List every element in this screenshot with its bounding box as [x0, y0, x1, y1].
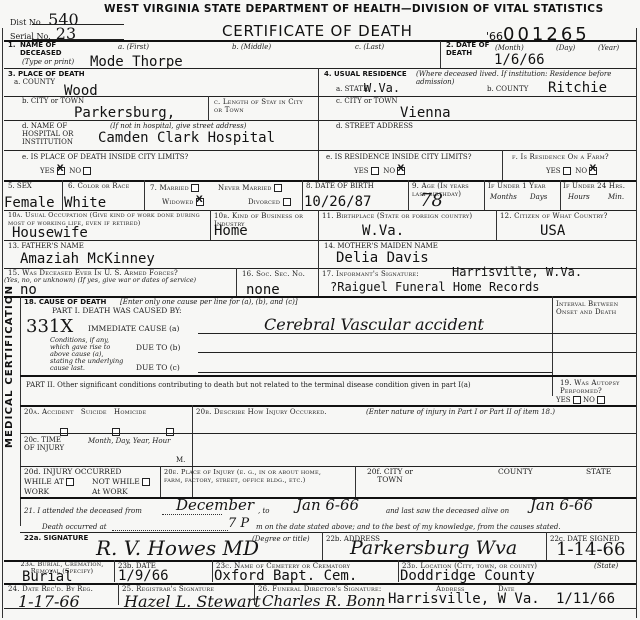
autopsy-options: YES NO: [556, 396, 605, 404]
residence-county: Ritchie: [548, 81, 607, 96]
divorced-checkbox[interactable]: [283, 198, 291, 206]
funeral-director-date: 1/11/66: [556, 592, 615, 607]
homicide-checkbox[interactable]: [166, 428, 174, 436]
residence-inside-limits: YES NO: [354, 167, 405, 175]
item1-label: 1.: [8, 41, 16, 49]
time-of-death: 7 P: [228, 516, 249, 531]
yes-checkbox-checked[interactable]: [57, 167, 65, 175]
no-checkbox[interactable]: [83, 167, 91, 175]
left-border: [2, 28, 3, 618]
age-value: 78: [420, 190, 443, 211]
hospital-name: Camden Clark Hospital: [98, 131, 275, 146]
residence-state: W.Va.: [364, 82, 400, 95]
accident-type: 20a. Accident Suicide Homicide: [24, 408, 146, 416]
death-certificate: Dist No. 540 Serial No. 23 WEST VIRGINIA…: [0, 0, 640, 620]
name-label: NAME OF DECEASED: [20, 41, 80, 57]
attended-from: December: [176, 496, 254, 514]
widowed-checkbox-checked[interactable]: [196, 198, 204, 206]
usual-residence-label: 4. USUAL RESIDENCE: [324, 70, 407, 78]
while-at-work-checkbox[interactable]: [66, 478, 74, 486]
right-border: [636, 28, 637, 618]
agency-title: WEST VIRGINIA STATE DEPARTMENT OF HEALTH…: [104, 3, 604, 15]
cemetery-value: Oxford Bapt. Cem.: [214, 569, 357, 584]
date-of-death-label: 2. DATE OF DEATH: [446, 41, 494, 57]
physician-address: Parkersburg Wva: [350, 537, 517, 559]
suicide-checkbox[interactable]: [112, 428, 120, 436]
occupation-value: Housewife: [12, 226, 88, 241]
farm-yes-checkbox[interactable]: [563, 167, 571, 175]
father-name: Amaziah McKinney: [20, 252, 155, 267]
mother-maiden-name: Delia Davis: [336, 251, 429, 266]
cemetery-location: Doddridge County: [400, 569, 535, 584]
race-value: White: [64, 196, 106, 211]
informant-signature: ?Raiguel Funeral Home Records: [330, 281, 540, 294]
never-married-checkbox[interactable]: [274, 184, 282, 192]
certificate-title: CERTIFICATE OF DEATH: [222, 22, 413, 40]
farm-no-checkbox-checked[interactable]: [589, 167, 597, 175]
residence-farm: YES NO: [546, 167, 597, 175]
place-of-death-label: 3. PLACE OF DEATH: [8, 70, 85, 78]
accident-checkbox[interactable]: [60, 428, 68, 436]
medical-certification-label: MEDICAL CERTIFICATION: [4, 285, 15, 448]
date-of-death: 1/6/66: [494, 53, 545, 68]
death-inside-limits: YES NO: [40, 167, 91, 175]
cause-code: 331X: [26, 316, 73, 337]
autopsy-no-checkbox[interactable]: [597, 396, 605, 404]
not-while-at-work-checkbox[interactable]: [142, 478, 150, 486]
informant-address: Harrisville, W.Va.: [452, 266, 582, 279]
immediate-cause-value: Cerebral Vascular accident: [264, 315, 484, 334]
sex-value: Female: [4, 196, 55, 211]
citizenship-value: USA: [540, 224, 565, 239]
married-checkbox[interactable]: [191, 184, 199, 192]
attended-to: Jan 6-66: [296, 496, 359, 514]
business-value: Home: [214, 224, 248, 239]
last-seen-alive: Jan 6-66: [530, 496, 593, 514]
date-signed: 1-14-66: [556, 539, 625, 560]
cause-of-death-label: 18. CAUSE OF DEATH: [24, 298, 106, 306]
no-checkbox-checked[interactable]: [397, 167, 405, 175]
burial-date: 1/9/66: [118, 569, 169, 584]
funeral-director-address: Harrisville, W Va.: [388, 592, 540, 607]
date-of-birth: 10/26/87: [304, 195, 371, 210]
residence-city: Vienna: [400, 106, 451, 121]
death-city: Parkersburg,: [74, 106, 175, 121]
birthplace-value: W.Va.: [362, 224, 404, 239]
physician-signature: R. V. Howes MD: [96, 536, 259, 560]
autopsy-yes-checkbox[interactable]: [573, 396, 581, 404]
yes-checkbox-struck[interactable]: [371, 167, 379, 175]
